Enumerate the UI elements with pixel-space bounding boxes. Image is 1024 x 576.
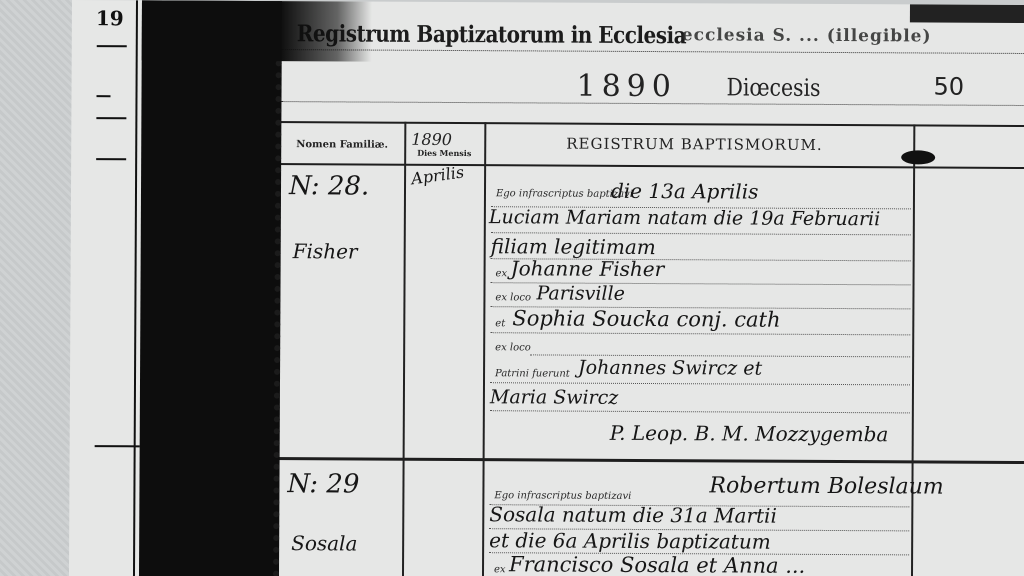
handwritten-text: Johanne Fisher — [511, 256, 665, 281]
handwritten-text: Sosala natum die 31a Martii — [489, 502, 777, 528]
header-year-handwritten: 1890 — [411, 130, 452, 149]
handwritten-text: Luciam Mariam natam die 19a Februarii — [489, 206, 880, 230]
toner-smear-top-right — [910, 4, 1024, 23]
entry-month: Aprilis — [410, 162, 465, 188]
header-registrum: REGISTRUM BAPTISMORUM. — [566, 135, 822, 154]
header-dies-mensis: Dies Mensis — [417, 148, 471, 158]
handwritten-text: Francisco Sosala et Anna ... — [509, 552, 805, 576]
printed-label: Patrini fuerunt — [495, 368, 570, 379]
register-page: 19 Registrum Baptizatorum in Ecclesia ec… — [69, 0, 1024, 576]
dotted-line — [490, 332, 910, 335]
column-divider — [911, 124, 915, 576]
diocese-label: Diœcesis — [726, 73, 820, 101]
printed-label: ex — [496, 268, 508, 279]
entry-family-name: Sosala — [291, 531, 357, 555]
printed-label: ex — [494, 564, 506, 575]
handwritten-text: Maria Swircz — [490, 386, 619, 409]
wall-background — [0, 0, 78, 576]
header-nomen-familiae: Nomen Familiæ. — [296, 139, 388, 150]
entry-family-name: Fisher — [293, 239, 358, 263]
handwritten-text: Johannes Swircz et — [578, 357, 762, 380]
priest-signature: P. Leop. B. M. Mozzygemba — [610, 421, 889, 446]
column-divider — [482, 122, 486, 576]
printed-label: ex loco — [495, 292, 531, 303]
printed-label: ex loco — [495, 342, 531, 353]
margin-tick — [96, 95, 110, 97]
handwritten-text: die 13a Aprilis — [611, 179, 759, 204]
church-name-handwritten: ecclesia S. ... (illegible) — [682, 25, 932, 46]
table-top-rule — [271, 121, 1024, 127]
diocese-value: 50 — [933, 73, 964, 101]
toner-smear-top — [142, 0, 372, 61]
handwritten-text: Sophia Soucka conj. cath — [512, 306, 780, 331]
handwritten-text: Parisville — [536, 282, 625, 304]
handwritten-text: Robertum Boleslaum — [709, 473, 943, 499]
register-year: 1890 — [576, 69, 677, 105]
handwritten-text: et die 6a Aprilis baptizatum — [489, 528, 771, 553]
dotted-line — [490, 382, 910, 385]
entry-number: N: 28. — [289, 171, 369, 201]
printed-label: Ego infrascriptus baptizavi — [494, 490, 631, 502]
margin-number: 19 — [96, 6, 124, 30]
margin-tick — [97, 45, 127, 47]
printed-label: et — [495, 318, 505, 329]
ink-blot — [901, 150, 935, 164]
column-divider — [402, 122, 406, 576]
margin-tick — [96, 117, 126, 119]
entry-number: N: 29 — [287, 469, 359, 499]
toner-smear — [139, 0, 282, 576]
title-underline — [282, 49, 1024, 54]
dotted-line — [490, 410, 910, 413]
margin-line — [133, 0, 138, 576]
margin-tick — [96, 158, 126, 160]
